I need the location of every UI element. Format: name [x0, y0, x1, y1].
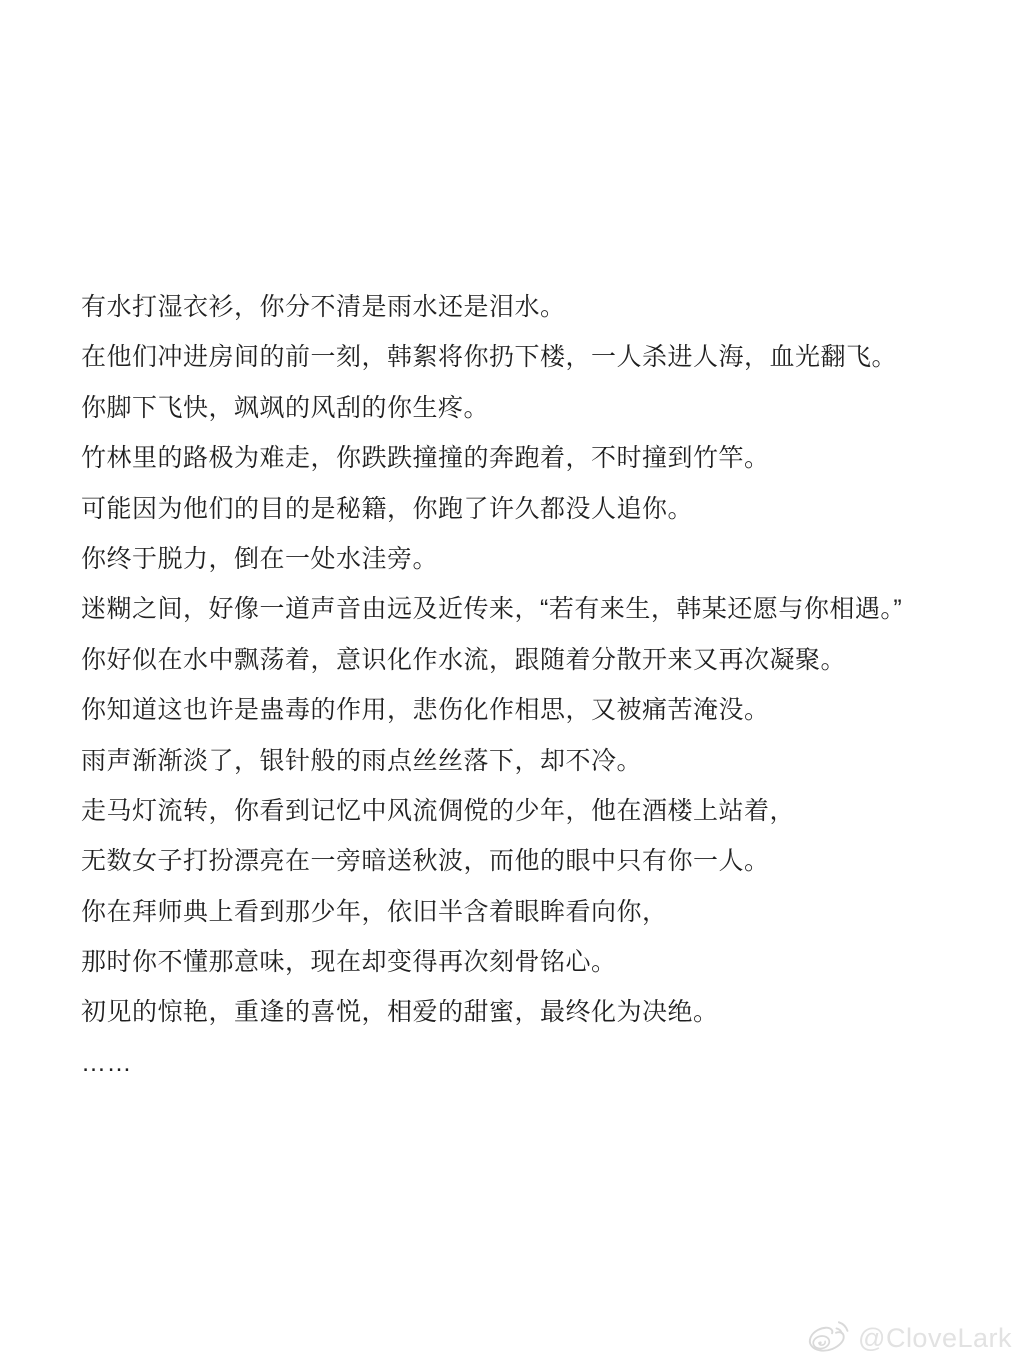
watermark-handle: @CloveLark: [858, 1323, 1012, 1354]
watermark: @CloveLark: [804, 1318, 1012, 1358]
text-line: 你脚下飞快，飒飒的风刮的你生疼。: [81, 383, 981, 433]
text-line: 你终于脱力，倒在一处水洼旁。: [81, 534, 981, 584]
text-line: 走马灯流转，你看到记忆中风流倜傥的少年，他在酒楼上站着，: [81, 786, 981, 836]
text-line: 可能因为他们的目的是秘籍，你跑了许久都没人追你。: [81, 484, 981, 534]
text-line: 在他们冲进房间的前一刻，韩絮将你扔下楼，一人杀进人海，血光翻飞。: [81, 332, 981, 382]
text-line: 竹林里的路极为难走，你跌跌撞撞的奔跑着，不时撞到竹竿。: [81, 433, 981, 483]
text-line: 那时你不懂那意味，现在却变得再次刻骨铭心。: [81, 937, 981, 987]
text-line: 你在拜师典上看到那少年，依旧半含着眼眸看向你，: [81, 887, 981, 937]
text-line: 雨声渐渐淡了，银针般的雨点丝丝落下，却不冷。: [81, 736, 981, 786]
text-line: 初见的惊艳，重逢的喜悦，相爱的甜蜜，最终化为决绝。: [81, 987, 981, 1037]
weibo-logo-icon: [804, 1318, 850, 1358]
text-line: 你知道这也许是蛊毒的作用，悲伤化作相思，又被痛苦淹没。: [81, 685, 981, 735]
text-line: 你好似在水中飘荡着，意识化作水流，跟随着分散开来又再次凝聚。: [81, 635, 981, 685]
text-line: 迷糊之间，好像一道声音由远及近传来，“若有来生，韩某还愿与你相遇。”: [81, 584, 981, 634]
text-line: ……: [81, 1038, 981, 1088]
text-line: 无数女子打扮漂亮在一旁暗送秋波，而他的眼中只有你一人。: [81, 836, 981, 886]
text-line: 有水打湿衣衫，你分不清是雨水还是泪水。: [81, 282, 981, 332]
novel-text: 有水打湿衣衫，你分不清是雨水还是泪水。 在他们冲进房间的前一刻，韩絮将你扔下楼，…: [81, 282, 981, 1088]
